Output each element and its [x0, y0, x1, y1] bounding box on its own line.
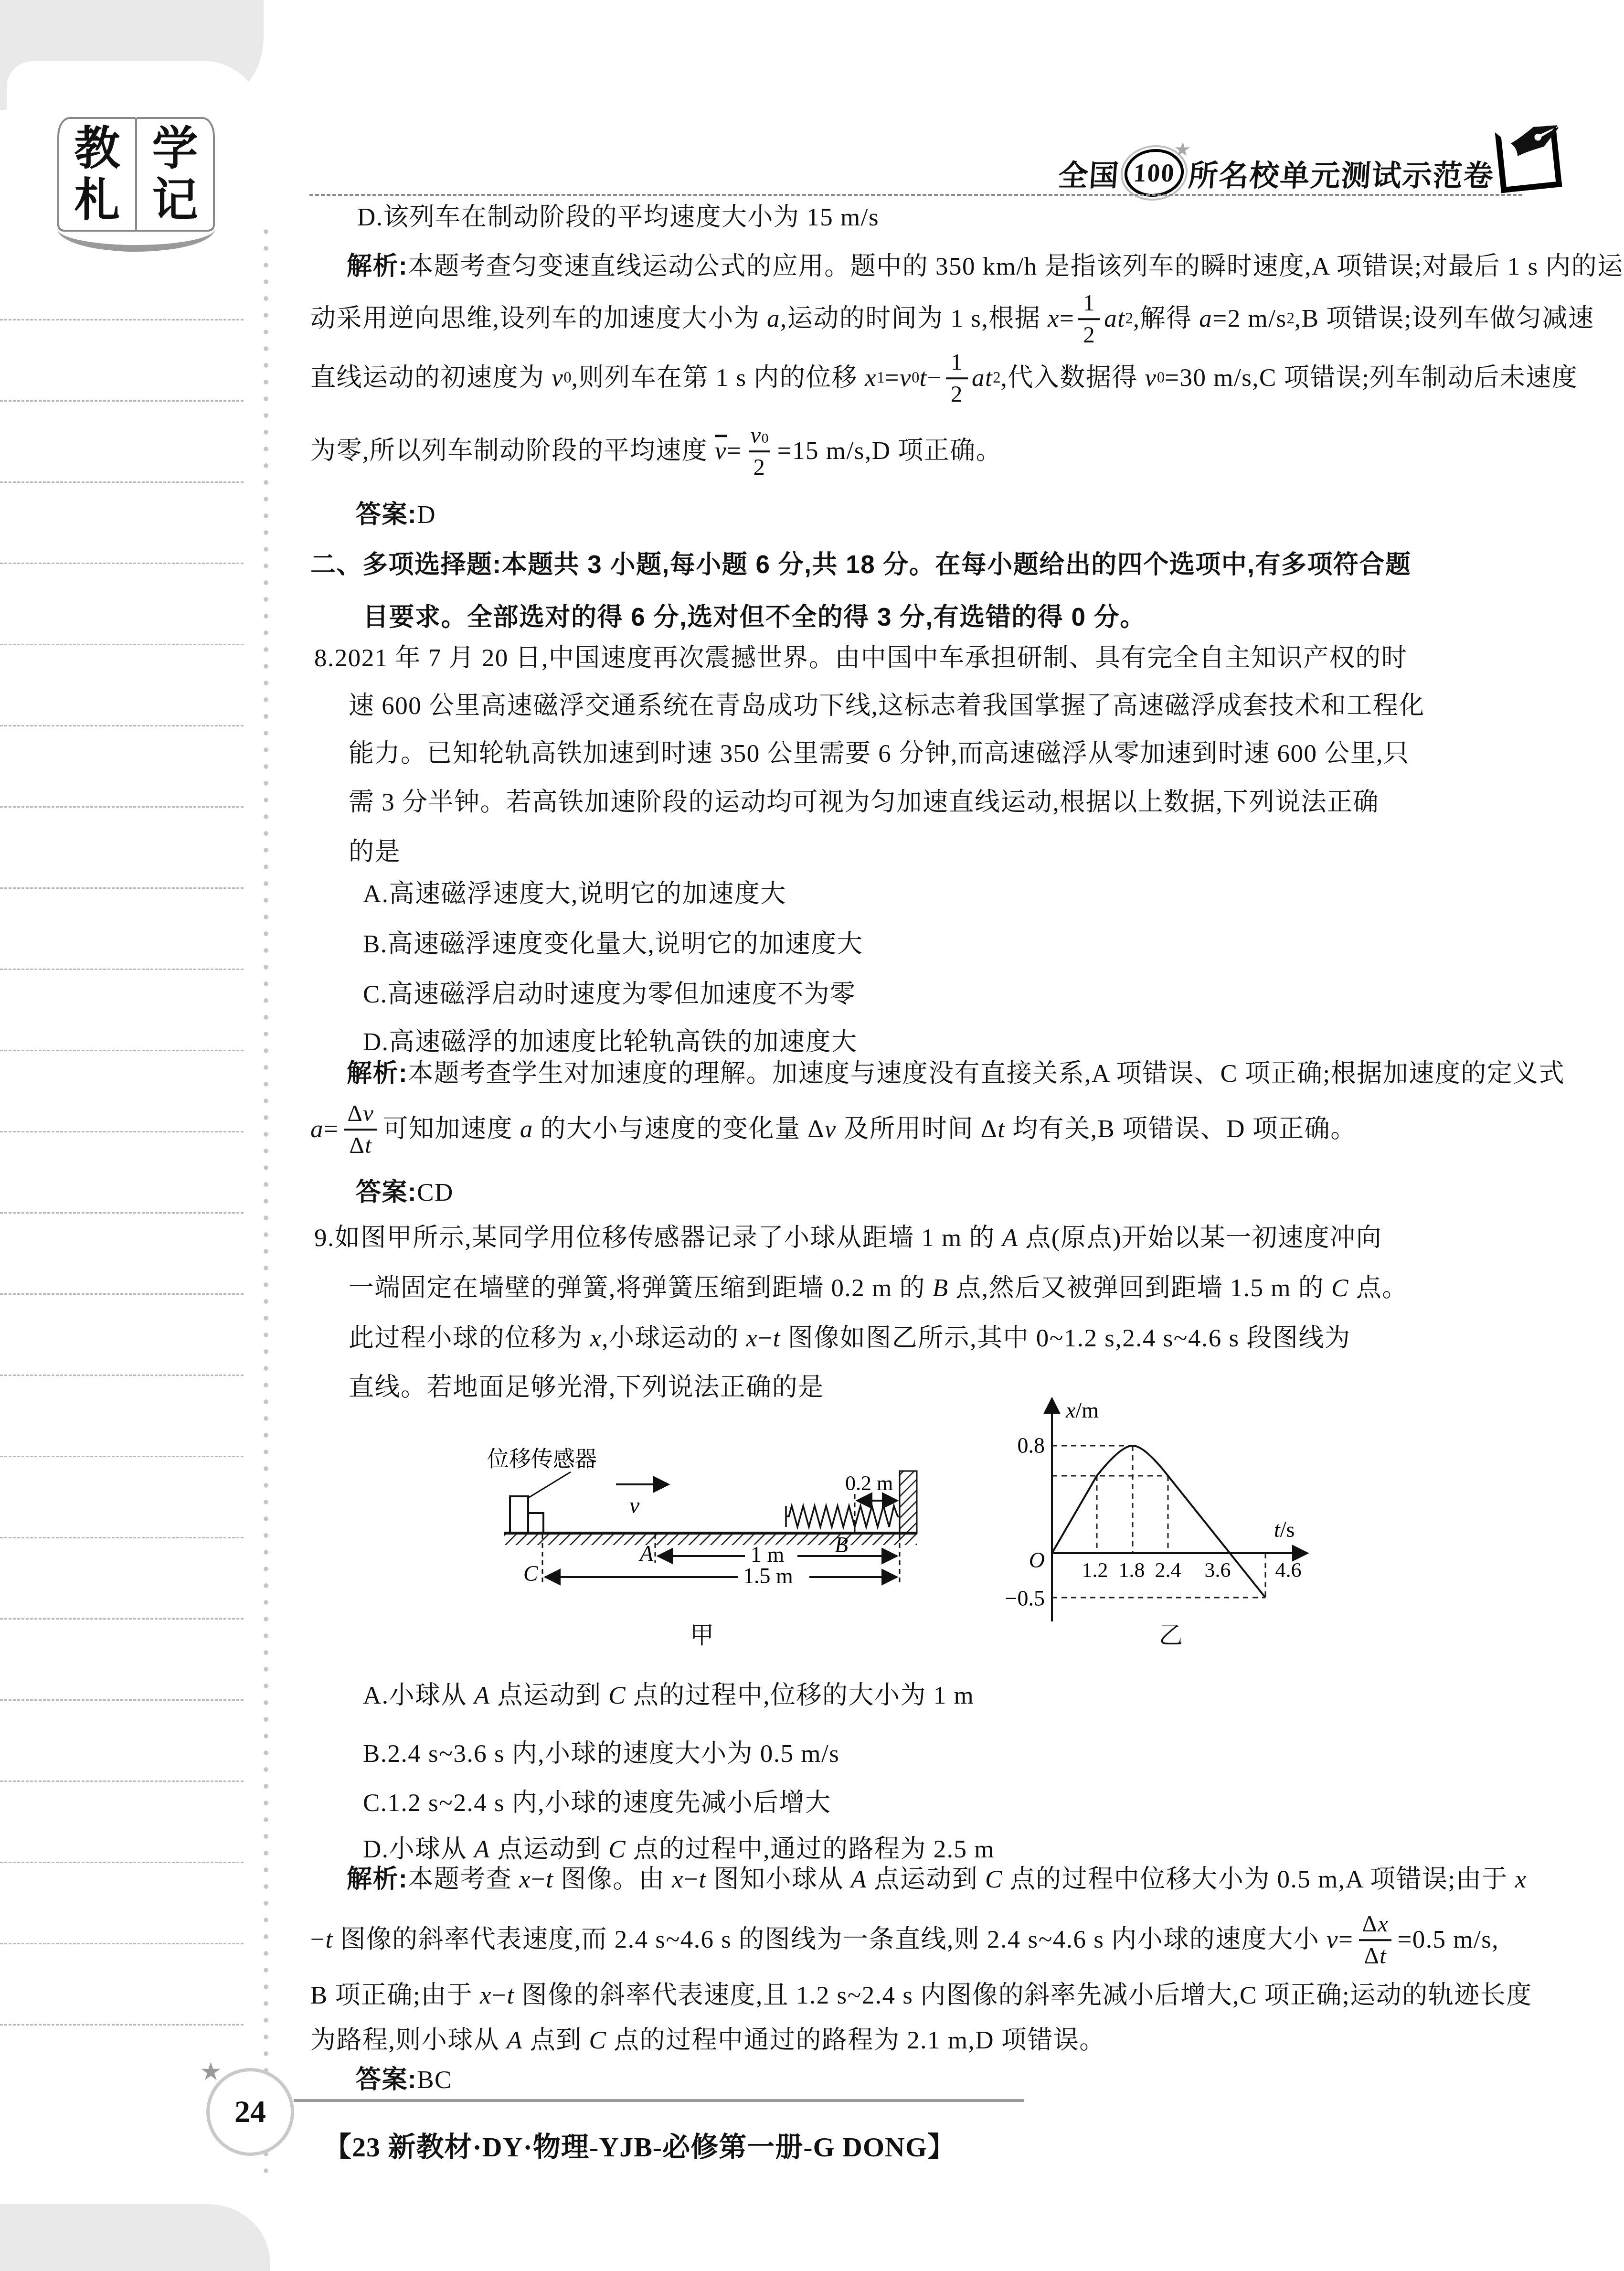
text-run: t	[998, 1115, 1005, 1144]
text-run: 点的过程中,通过的路程为 2.5 m	[626, 1835, 995, 1864]
margin-note-line	[0, 1781, 244, 1782]
dim-1m-label: 1 m	[751, 1542, 785, 1567]
content-line-6: 二、多项选择题:本题共 3 小题,每小题 6 分,共 18 分。在每小题给出的四…	[310, 551, 1412, 580]
ymin-label: −0.5	[1005, 1586, 1045, 1610]
text-run: ,则列车在第 1 s 内的位移	[572, 364, 865, 393]
content-line-3: 直线运动的初速度为 v0,则列车在第 1 s 内的位移 x1=v0t−12at2…	[310, 351, 1578, 406]
text-run: A	[1002, 1224, 1019, 1253]
jiaoxue-zhaji-logo: 教 札 学 记	[57, 117, 215, 256]
logo-char: 札	[74, 177, 120, 223]
text-run: 2	[1287, 310, 1295, 328]
text-run: −	[927, 364, 942, 393]
text-run: 2	[1125, 310, 1133, 328]
margin-note-line	[0, 644, 244, 645]
text-run: ,B 项错误;设列车做匀减速	[1295, 305, 1594, 334]
text-run: −	[310, 1926, 325, 1955]
logo-char: 记	[152, 177, 198, 223]
text-run: D.高速磁浮的加速度比轮轨高铁的加速度大	[363, 1028, 858, 1057]
header-100-number: 100	[1132, 158, 1176, 188]
text-run: x	[1515, 1865, 1527, 1894]
text-run: =	[1060, 305, 1074, 334]
content-line-5: 答案:D	[356, 501, 436, 530]
logo-char: 学	[152, 126, 198, 171]
margin-note-line	[0, 481, 244, 483]
text-run: =	[1338, 1926, 1353, 1955]
ymax-label: 0.8	[1018, 1433, 1045, 1458]
text-run: 及所用时间 Δ	[837, 1115, 998, 1144]
text-run: 可知加速度	[382, 1115, 520, 1144]
text-run: ,运动的时间为 1 s,根据	[780, 305, 1048, 334]
text-run: 二、多项选择题:本题共 3 小题,每小题 6 分,共 18 分。在每小题给出的四…	[310, 551, 1412, 580]
text-run: A	[474, 1835, 490, 1864]
content-line-2: 动采用逆向思维,设列车的加速度大小为 a,运动的时间为 1 s,根据 x=12a…	[310, 291, 1594, 347]
text-run: 为零,所以列车制动阶段的平均速度	[310, 437, 715, 466]
text-run: A	[851, 1865, 867, 1894]
figure-jia-caption: 甲	[690, 1616, 714, 1651]
text-run: 均有关,B 项错误、D 项正确。	[1006, 1115, 1357, 1144]
text-run: ,小球运动的	[602, 1324, 746, 1353]
text-run: x	[865, 364, 877, 393]
header-dashed-rule	[309, 194, 1522, 196]
spring	[786, 1506, 900, 1527]
text-run: B.2.4 s~3.6 s 内,小球的速度大小为 0.5 m/s	[363, 1739, 839, 1769]
text-run: 此过程小球的位移为	[349, 1324, 590, 1353]
figure-jia-diagram: 位移传感器 v 0.2 m A 1 m B C 1.5 m	[478, 1442, 936, 1586]
text-run: ,代入数据得	[1001, 364, 1145, 393]
text-run: =2 m/s	[1212, 305, 1286, 334]
text-run: A.小球从	[363, 1681, 474, 1710]
text-run: 点运动到	[867, 1865, 986, 1894]
content-line-10: 能力。已知轮轨高铁加速到时速 350 公里需要 6 分钟,而高速磁浮从零加速到时…	[349, 739, 1410, 768]
text-run: 图像的斜率代表速度,而 2.4 s~4.6 s 的图线为一条直线,则 2.4 s…	[333, 1926, 1327, 1955]
x-axis-unit: /s	[1280, 1517, 1295, 1542]
text-run: ,解得	[1133, 305, 1199, 334]
text-run: x	[746, 1324, 758, 1353]
content-line-4: 为零,所以列车制动阶段的平均速度 v=v02=15 m/s,D 项正确。	[310, 424, 1002, 479]
wall	[900, 1471, 917, 1533]
content-line-31: 为路程,则小球从 A 点到 C 点的过程中通过的路程为 2.1 m,D 项错误。	[310, 2026, 1105, 2055]
text-run: v	[715, 437, 727, 466]
ground-hatch	[504, 1535, 917, 1545]
content-line-20: 9.如图甲所示,某同学用位移传感器记录了小球从距墙 1 m 的 A 点(原点)开…	[314, 1224, 1382, 1253]
text-run: ΔxΔt	[1357, 1912, 1393, 1968]
header-title-prefix: 全国	[1057, 152, 1121, 194]
text-run: 的大小与速度的变化量 Δ	[533, 1115, 825, 1144]
page-number: 24	[234, 2094, 266, 2130]
margin-note-line	[0, 1699, 244, 1701]
header-title-suffix: 所名校单元测试示范卷	[1187, 152, 1496, 194]
text-run: 点的过程中,位移的大小为 1 m	[626, 1681, 974, 1710]
pen-icon: ✒	[1495, 113, 1567, 194]
margin-note-line	[0, 400, 244, 402]
text-run: −	[492, 1981, 507, 2010]
origin-label: O	[1029, 1548, 1045, 1572]
text-run: x	[672, 1865, 684, 1894]
margin-note-line	[0, 1212, 244, 1214]
content-line-27: D.小球从 A 点运动到 C 点的过程中,通过的路程为 2.5 m	[363, 1835, 995, 1864]
text-run: BC	[417, 2066, 452, 2095]
text-run: ΔvΔt	[342, 1102, 379, 1157]
text-run: 点(原点)开始以某一初速度冲向	[1019, 1224, 1382, 1253]
text-run: −	[758, 1324, 773, 1353]
text-run: t	[699, 1865, 706, 1894]
text-run: 目要求。全部选对的得 6 分,选对但不全的得 3 分,有选错的得 0 分。	[363, 603, 1146, 632]
text-run: 点,然后又被弹回到距墙 1.5 m 的	[949, 1274, 1331, 1303]
text-run: C.1.2 s~2.4 s 内,小球的速度先减小后增大	[363, 1789, 831, 1818]
text-run: x	[1048, 305, 1060, 334]
margin-note-line	[0, 887, 244, 889]
text-run: D	[417, 501, 436, 530]
text-run: v	[750, 424, 761, 447]
text-run: 9.如图甲所示,某同学用位移传感器记录了小球从距墙 1 m 的	[314, 1224, 1002, 1253]
margin-note-line	[0, 806, 244, 808]
bottom-left-corner-decoration	[0, 2204, 270, 2271]
text-run: 点运动到	[490, 1681, 609, 1710]
text-run: t	[546, 1865, 553, 1894]
text-run: a	[310, 1115, 324, 1144]
footer-imprint: 【23 新教材·DY·物理-YJB-必修第一册-G DONG】	[324, 2124, 955, 2164]
text-run: CD	[417, 1178, 454, 1207]
text-run: a	[520, 1115, 533, 1144]
text-run: a	[767, 305, 780, 334]
text-run: 图像。由	[554, 1865, 672, 1894]
text-run: t	[1380, 1944, 1387, 1968]
point-c-label: C	[523, 1561, 539, 1586]
margin-divider-dotted-line	[264, 229, 269, 2175]
text-run: =	[727, 437, 742, 466]
text-run: C	[1331, 1274, 1349, 1303]
text-run: C	[985, 1865, 1003, 1894]
text-run: at	[1104, 305, 1125, 334]
text-run: 速 600 公里高速磁浮交通系统在青岛成功下线,这标志着我国掌握了高速磁浮成套技…	[349, 692, 1425, 721]
text-run: v02	[745, 424, 773, 479]
content-line-23: 直线。若地面足够光滑,下列说法正确的是	[349, 1373, 824, 1402]
text-run: 本题考查	[408, 1865, 519, 1894]
text-run: C	[589, 2026, 606, 2055]
text-run: v	[1327, 1926, 1338, 1955]
text-run: D.该列车在制动阶段的平均速度大小为 15 m/s	[357, 203, 879, 232]
margin-note-line	[0, 969, 244, 970]
logo-right-page: 学 记	[136, 117, 215, 232]
margin-note-line	[0, 1862, 244, 1863]
text-run: 为路程,则小球从	[310, 2026, 507, 2055]
sensor-label: 位移传感器	[487, 1447, 597, 1471]
text-run: 0	[762, 431, 769, 445]
text-run: 点运动到	[490, 1835, 609, 1864]
content-line-25: B.2.4 s~3.6 s 内,小球的速度大小为 0.5 m/s	[363, 1739, 839, 1769]
text-run: 图像如图乙所示,其中 0~1.2 s,2.4 s~4.6 s 段图线为	[781, 1324, 1350, 1353]
text-run: =15 m/s,D 项正确。	[777, 437, 1002, 466]
text-run: x	[1378, 1912, 1389, 1936]
workbook-page: 教 札 学 记 全国 100 ★ 所名校单元测试示范卷 ✒ D.该列车在制动阶段…	[0, 0, 1624, 2271]
text-run: Δ	[347, 1102, 363, 1125]
content-line-17: 解析:本题考查学生对加速度的理解。加速度与速度没有直接关系,A 项错误、C 项正…	[347, 1059, 1565, 1088]
margin-note-line	[0, 319, 244, 320]
text-run: −	[684, 1865, 699, 1894]
text-run: at	[972, 364, 993, 393]
content-line-18: a=ΔvΔt可知加速度 a 的大小与速度的变化量 Δv 及所用时间 Δt 均有关…	[310, 1102, 1357, 1157]
text-run: 本题考查学生对加速度的理解。加速度与速度没有直接关系,A 项错误、C 项正确;根…	[408, 1059, 1565, 1088]
content-line-8: 8.2021 年 7 月 20 日,中国速度再次震撼世界。由中国中车承担研制、具…	[314, 644, 1407, 673]
margin-note-line	[0, 563, 244, 564]
text-run: v	[825, 1115, 837, 1144]
svg-text:t/s: t/s	[1274, 1517, 1295, 1542]
content-line-24: A.小球从 A 点运动到 C 点的过程中,位移的大小为 1 m	[363, 1681, 974, 1710]
text-run: a	[1199, 305, 1212, 334]
logo-book-base	[57, 229, 215, 252]
text-run: t	[919, 364, 927, 393]
text-run: t	[325, 1926, 333, 1955]
tick-4-6: 4.6	[1275, 1558, 1302, 1582]
content-line-7: 目要求。全部选对的得 6 分,选对但不全的得 3 分,有选错的得 0 分。	[363, 603, 1146, 632]
content-line-15: C.高速磁浮启动时速度为零但加速度不为零	[363, 980, 856, 1009]
text-run: 12	[1078, 291, 1100, 347]
tick-1-8: 1.8	[1119, 1558, 1145, 1582]
content-line-29: −t 图像的斜率代表速度,而 2.4 s~4.6 s 的图线为一条直线,则 2.…	[310, 1912, 1499, 1968]
text-run: 1	[1083, 291, 1095, 315]
dim-15m-label: 1.5 m	[743, 1564, 793, 1586]
text-run: 点到	[523, 2026, 589, 2055]
text-run: Δ	[1362, 1912, 1378, 1936]
footer-rule	[294, 2099, 1024, 2102]
text-run: B	[933, 1274, 949, 1303]
content-line-19: 答案:CD	[356, 1178, 454, 1207]
point-a-label: A	[638, 1541, 654, 1566]
text-run: 0	[912, 369, 919, 387]
content-line-12: 的是	[349, 838, 401, 867]
content-line-0: D.该列车在制动阶段的平均速度大小为 15 m/s	[357, 203, 879, 232]
text-run: C	[608, 1681, 626, 1710]
margin-note-line	[0, 1050, 244, 1051]
tick-3-6: 3.6	[1205, 1558, 1231, 1582]
text-run: A	[474, 1681, 490, 1710]
content-line-1: 解析:本题考查匀变速直线运动公式的应用。题中的 350 km/h 是指该列车的瞬…	[347, 252, 1624, 281]
text-run: 需 3 分半钟。若高铁加速阶段的运动均可视为匀加速直线运动,根据以上数据,下列说…	[349, 788, 1379, 817]
velocity-label: v	[629, 1493, 640, 1518]
text-run: t	[365, 1134, 372, 1157]
text-run: D.小球从	[363, 1835, 474, 1864]
text-run: =30 m/s,C 项错误;列车制动后未速度	[1165, 364, 1578, 393]
y-axis-unit: /m	[1075, 1398, 1099, 1422]
text-run: 直线。若地面足够光滑,下列说法正确的是	[349, 1373, 824, 1402]
margin-note-line	[0, 1293, 244, 1295]
text-run: x	[590, 1324, 602, 1353]
text-run: t	[507, 1981, 515, 2010]
content-line-14: B.高速磁浮速度变化量大,说明它的加速度大	[363, 930, 863, 959]
text-run: v	[363, 1102, 374, 1125]
margin-note-line	[0, 725, 244, 726]
margin-note-line	[0, 1131, 244, 1132]
content-line-16: D.高速磁浮的加速度比轮轨高铁的加速度大	[363, 1028, 858, 1057]
margin-note-line	[0, 1943, 244, 1944]
text-run: =	[324, 1115, 339, 1144]
page-number-badge: 24	[206, 2068, 294, 2156]
text-run: 本题考查匀变速直线运动公式的应用。题中的 350 km/h 是指该列车的瞬时速度…	[408, 252, 1624, 281]
text-run: A	[507, 2026, 523, 2055]
text-run: t	[773, 1324, 781, 1353]
content-line-21: 一端固定在墙壁的弹簧,将弹簧压缩到距墙 0.2 m 的 B 点,然后又被弹回到距…	[349, 1274, 1408, 1303]
text-run: 0	[563, 369, 571, 387]
text-run: v	[900, 364, 912, 393]
y-axis-var: x	[1065, 1398, 1076, 1422]
logo-left-page: 教 札	[57, 117, 136, 232]
text-run: 解析:	[347, 1059, 408, 1088]
text-run: v	[552, 364, 563, 393]
text-run: 解析:	[347, 252, 408, 281]
content-line-9: 速 600 公里高速磁浮交通系统在青岛成功下线,这标志着我国掌握了高速磁浮成套技…	[349, 692, 1425, 721]
figure-yi-caption: 乙	[1159, 1616, 1183, 1651]
margin-note-line	[0, 1456, 244, 1457]
text-run: =0.5 m/s,	[1397, 1926, 1499, 1955]
text-run: 2	[1083, 323, 1095, 347]
figure-yi-graph: x/m t/s O 0.8 −0.5 1.2 1.8 2.4 3.6 4.6	[979, 1361, 1409, 1648]
content-line-30: B 项正确;由于 x−t 图像的斜率代表速度,且 1.2 s~2.4 s 内图像…	[310, 1981, 1532, 2010]
text-run: 1	[951, 351, 963, 374]
text-run: A.高速磁浮速度大,说明它的加速度大	[363, 880, 786, 909]
text-run: 点。	[1349, 1274, 1408, 1303]
text-run: x	[519, 1865, 531, 1894]
content-line-11: 需 3 分半钟。若高铁加速阶段的运动均可视为匀加速直线运动,根据以上数据,下列说…	[349, 788, 1379, 817]
content-line-26: C.1.2 s~2.4 s 内,小球的速度先减小后增大	[363, 1789, 831, 1818]
text-run: C.高速磁浮启动时速度为零但加速度不为零	[363, 980, 856, 1009]
text-run: 图知小球从	[707, 1865, 851, 1894]
text-run: 一端固定在墙壁的弹簧,将弹簧压缩到距墙 0.2 m 的	[349, 1274, 933, 1303]
text-run: 图像的斜率代表速度,且 1.2 s~2.4 s 内图像的斜率先减小后增大,C 项…	[515, 1981, 1532, 2010]
dim-02m-label: 0.2 m	[845, 1471, 893, 1495]
margin-note-line	[0, 1375, 244, 1376]
text-run: Δ	[349, 1134, 365, 1157]
text-run: x	[480, 1981, 492, 2010]
margin-note-line	[0, 2024, 244, 2026]
text-run: 1	[877, 369, 884, 387]
text-run: −	[531, 1865, 546, 1894]
point-b-label: B	[835, 1533, 848, 1557]
tick-2-4: 2.4	[1155, 1558, 1181, 1582]
text-run: B 项正确;由于	[310, 1981, 480, 2010]
text-run: 12	[946, 351, 968, 406]
page-header-title: 全国 100 ★ 所名校单元测试示范卷	[1057, 149, 1496, 197]
text-run: C	[608, 1835, 626, 1864]
content-line-13: A.高速磁浮速度大,说明它的加速度大	[363, 880, 786, 909]
text-run: v	[1145, 364, 1157, 393]
text-run: 点的过程中位移大小为 0.5 m,A 项错误;由于	[1003, 1865, 1515, 1894]
text-run: Δ	[1364, 1944, 1380, 1968]
tick-1-2: 1.2	[1082, 1558, 1108, 1582]
svg-text:x/m: x/m	[1065, 1398, 1099, 1422]
content-line-28: 解析:本题考查 x−t 图像。由 x−t 图知小球从 A 点运动到 C 点的过程…	[347, 1865, 1527, 1894]
content-line-22: 此过程小球的位移为 x,小球运动的 x−t 图像如图乙所示,其中 0~1.2 s…	[349, 1324, 1350, 1353]
margin-note-line	[0, 1618, 244, 1620]
text-run: 2	[951, 383, 963, 406]
text-run: 答案:	[356, 1178, 417, 1207]
text-run: 0	[1157, 369, 1165, 387]
text-run: 的是	[349, 838, 401, 867]
text-run: 2	[754, 456, 766, 479]
text-run: 直线运动的初速度为	[310, 364, 552, 393]
star-icon: ★	[1174, 139, 1192, 160]
text-run: 答案:	[356, 2066, 417, 2095]
text-run: =	[885, 364, 900, 393]
text-run: 答案:	[356, 501, 417, 530]
text-run: 点的过程中通过的路程为 2.1 m,D 项错误。	[606, 2026, 1105, 2055]
text-run: 动采用逆向思维,设列车的加速度大小为	[310, 305, 767, 334]
text-run: 解析:	[347, 1865, 408, 1894]
content-line-32: 答案:BC	[356, 2066, 452, 2095]
logo-char: 教	[74, 126, 120, 171]
margin-note-line	[0, 1537, 244, 1538]
text-run: 2	[993, 369, 1000, 387]
text-run: B.高速磁浮速度变化量大,说明它的加速度大	[363, 930, 863, 959]
text-run: 8.2021 年 7 月 20 日,中国速度再次震撼世界。由中国中车承担研制、具…	[314, 644, 1407, 673]
text-run: 能力。已知轮轨高铁加速到时速 350 公里需要 6 分钟,而高速磁浮从零加速到时…	[349, 739, 1410, 768]
header-100-badge: 100 ★	[1123, 149, 1185, 197]
